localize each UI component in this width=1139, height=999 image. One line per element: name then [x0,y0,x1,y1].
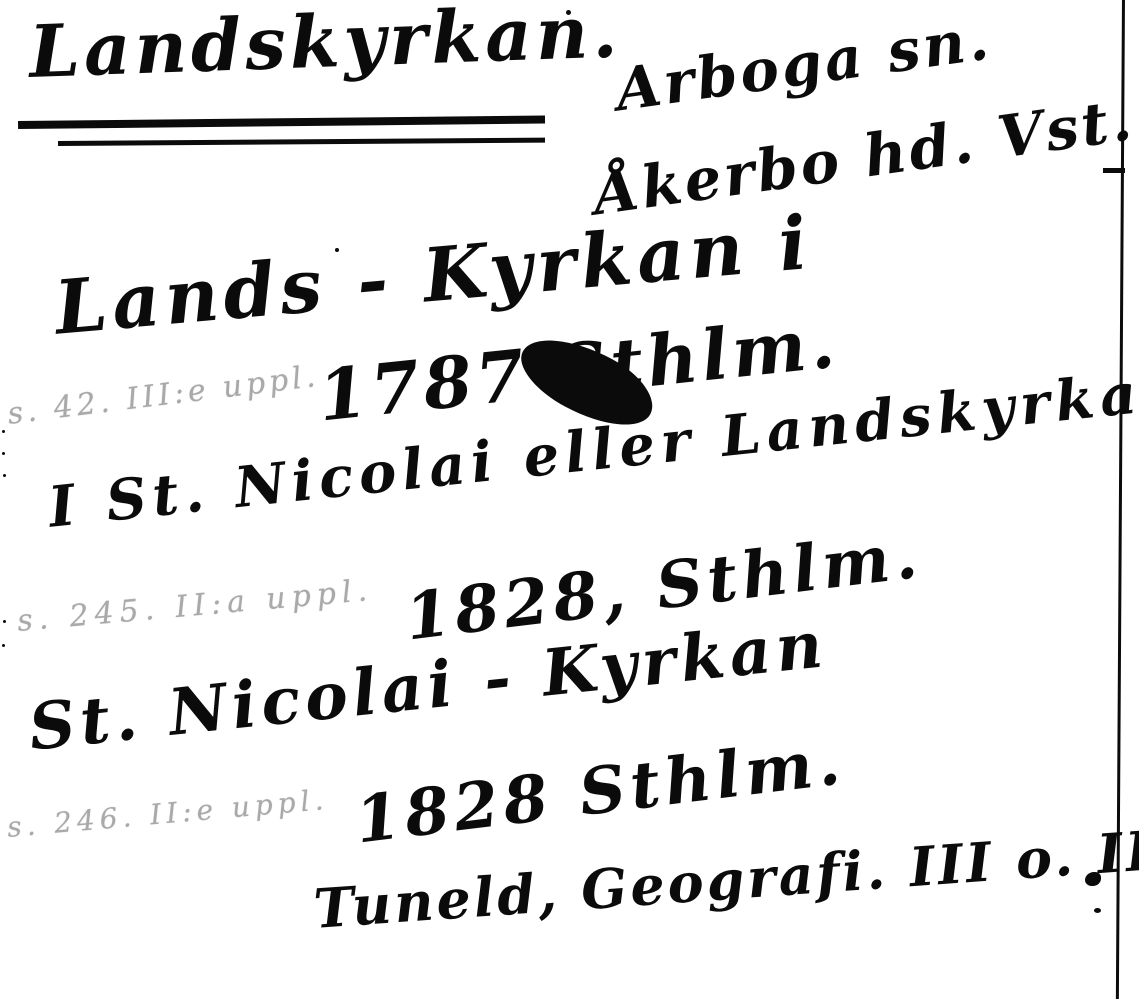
scan-speck [2,452,5,455]
scan-speck [2,644,5,647]
title-underline-top [18,115,545,129]
scan-speck [566,10,571,15]
parish-name: Arboga sn. [612,9,995,119]
scan-speck [1094,908,1101,913]
entry-2-page-ref: s. 245. II:a uppl. [16,576,374,637]
scan-speck [3,474,6,477]
card-title: Landskyrkan. [28,0,622,88]
index-card: Landskyrkan. Arboga sn. Åkerbo hd. Vst. … [0,0,1139,999]
entry-1-page-ref: s. 42. III:e uppl. [6,362,321,430]
entry-3-imprint: 1828 Sthlm. [352,730,848,853]
title-underline-bottom [58,138,545,146]
scan-speck [2,430,5,433]
scan-speck [3,620,6,623]
entry-3-page-ref: s. 246. II:e uppl. [6,786,329,842]
scan-speck [335,248,339,252]
page-edge-tick [1103,168,1125,173]
